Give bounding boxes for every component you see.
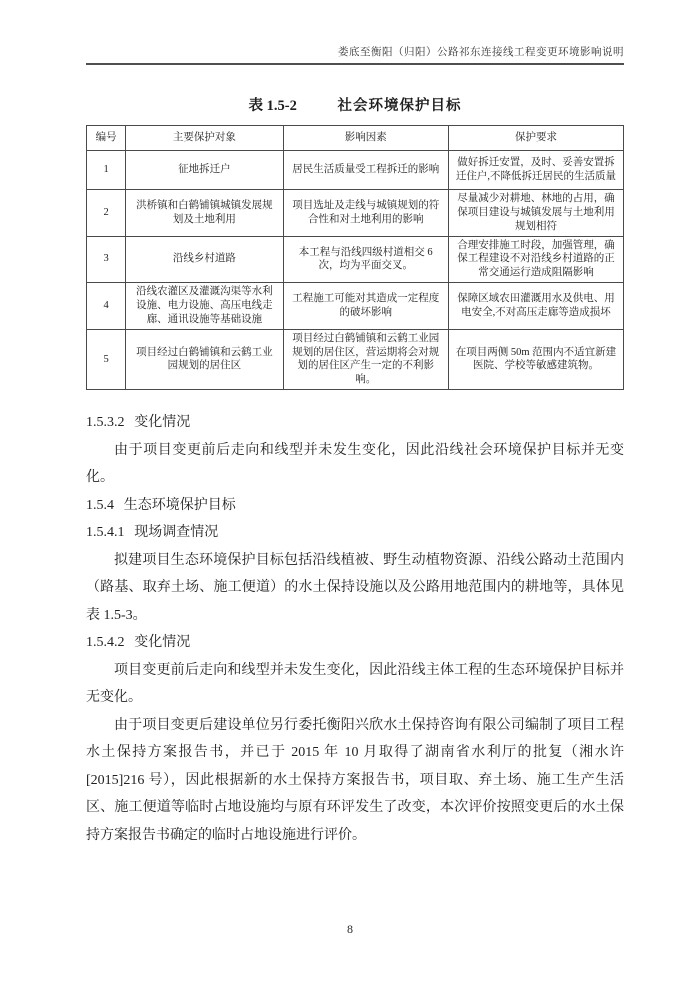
running-header: 娄底至衡阳（归阳）公路祁东连接线工程变更环境影响说明 — [86, 44, 624, 65]
cell-no: 5 — [87, 329, 126, 389]
document-page: 娄底至衡阳（归阳）公路祁东连接线工程变更环境影响说明 表 1.5-2社会环境保护… — [0, 0, 700, 990]
col-header-factor: 影响因素 — [283, 126, 448, 151]
cell-target: 沿线农灌区及灌溉沟渠等水利设施、电力设施、高压电线走廊、通讯设施等基础设施 — [126, 283, 283, 330]
section-number: 1.5.3.2 — [86, 415, 125, 430]
page-number: 8 — [0, 922, 700, 937]
section-number: 1.5.4.1 — [86, 525, 125, 540]
paragraph: 由于项目变更后建设单位另行委托衡阳兴欣水土保持咨询有限公司编制了项目工程水土保持… — [86, 712, 624, 850]
table-caption-label: 表 1.5-2 — [249, 98, 297, 114]
table-row: 4 沿线农灌区及灌溉沟渠等水利设施、电力设施、高压电线走廊、通讯设施等基础设施 … — [87, 283, 624, 330]
paragraph: 项目变更前后走向和线型并未发生变化，因此沿线主体工程的生态环境保护目标并无变化。 — [86, 657, 624, 712]
cell-requirement: 在项目两侧 50m 范围内不适宜新建医院、学校等敏感建筑物。 — [448, 329, 623, 389]
cell-requirement: 尽量减少对耕地、林地的占用，确保项目建设与城镇发展与土地利用规划相符 — [448, 190, 623, 237]
cell-factor: 本工程与沿线四级村道相交 6 次，均为平面交叉。 — [283, 236, 448, 283]
section-title: 变化情况 — [134, 635, 190, 650]
cell-requirement: 做好拆迁安置，及时、妥善安置拆迁住户,不降低拆迁居民的生活质量 — [448, 151, 623, 190]
table-row: 1 征地拆迁户 居民生活质量受工程拆迁的影响 做好拆迁安置，及时、妥善安置拆迁住… — [87, 151, 624, 190]
section-heading-1-5-3-2: 1.5.3.2变化情况 — [86, 409, 624, 437]
col-header-requirement: 保护要求 — [448, 126, 623, 151]
cell-target: 洪桥镇和白鹤铺镇城镇发展规划及土地利用 — [126, 190, 283, 237]
section-heading-1-5-4: 1.5.4生态环境保护目标 — [86, 492, 624, 520]
cell-factor: 居民生活质量受工程拆迁的影响 — [283, 151, 448, 190]
section-heading-1-5-4-1: 1.5.4.1现场调查情况 — [86, 519, 624, 547]
col-header-no: 编号 — [87, 126, 126, 151]
page-content: 娄底至衡阳（归阳）公路祁东连接线工程变更环境影响说明 表 1.5-2社会环境保护… — [86, 0, 624, 849]
section-number: 1.5.4.2 — [86, 635, 125, 650]
cell-factor: 工程施工可能对其造成一定程度的破坏影响 — [283, 283, 448, 330]
cell-no: 3 — [87, 236, 126, 283]
cell-requirement: 保障区域农田灌溉用水及供电、用电安全,不对高压走廊等造成损坏 — [448, 283, 623, 330]
paragraph: 拟建项目生态环境保护目标包括沿线植被、野生动植物资源、沿线公路动土范围内（路基、… — [86, 547, 624, 630]
cell-factor: 项目经过白鹤铺镇和云鹤工业园规划的居住区，营运期将会对规划的居住区产生一定的不利… — [283, 329, 448, 389]
section-title: 变化情况 — [134, 415, 190, 430]
table-caption: 表 1.5-2社会环境保护目标 — [86, 94, 624, 115]
cell-target: 征地拆迁户 — [126, 151, 283, 190]
table-caption-title: 社会环境保护目标 — [337, 98, 461, 114]
body-sections: 1.5.3.2变化情况 由于项目变更前后走向和线型并未发生变化，因此沿线社会环境… — [86, 409, 624, 849]
cell-no: 1 — [87, 151, 126, 190]
table-header-row: 编号 主要保护对象 影响因素 保护要求 — [87, 126, 624, 151]
cell-no: 2 — [87, 190, 126, 237]
col-header-target: 主要保护对象 — [126, 126, 283, 151]
cell-target: 项目经过白鹤铺镇和云鹤工业园规划的居住区 — [126, 329, 283, 389]
section-title: 生态环境保护目标 — [124, 498, 236, 513]
section-heading-1-5-4-2: 1.5.4.2变化情况 — [86, 629, 624, 657]
table-row: 5 项目经过白鹤铺镇和云鹤工业园规划的居住区 项目经过白鹤铺镇和云鹤工业园规划的… — [87, 329, 624, 389]
section-title: 现场调查情况 — [134, 525, 218, 540]
cell-target: 沿线乡村道路 — [126, 236, 283, 283]
cell-requirement: 合理安排施工时段，加强管理，确保工程建设不对沿线乡村道路的正常交通运行造成阻隔影… — [448, 236, 623, 283]
table-row: 2 洪桥镇和白鹤铺镇城镇发展规划及土地利用 项目选址及走线与城镇规划的符合性和对… — [87, 190, 624, 237]
paragraph: 由于项目变更前后走向和线型并未发生变化，因此沿线社会环境保护目标并无变化。 — [86, 437, 624, 492]
cell-factor: 项目选址及走线与城镇规划的符合性和对土地利用的影响 — [283, 190, 448, 237]
section-number: 1.5.4 — [86, 498, 114, 513]
social-env-protection-table: 编号 主要保护对象 影响因素 保护要求 1 征地拆迁户 居民生活质量受工程拆迁的… — [86, 125, 624, 390]
running-header-text: 娄底至衡阳（归阳）公路祁东连接线工程变更环境影响说明 — [338, 47, 624, 58]
table-row: 3 沿线乡村道路 本工程与沿线四级村道相交 6 次，均为平面交叉。 合理安排施工… — [87, 236, 624, 283]
cell-no: 4 — [87, 283, 126, 330]
